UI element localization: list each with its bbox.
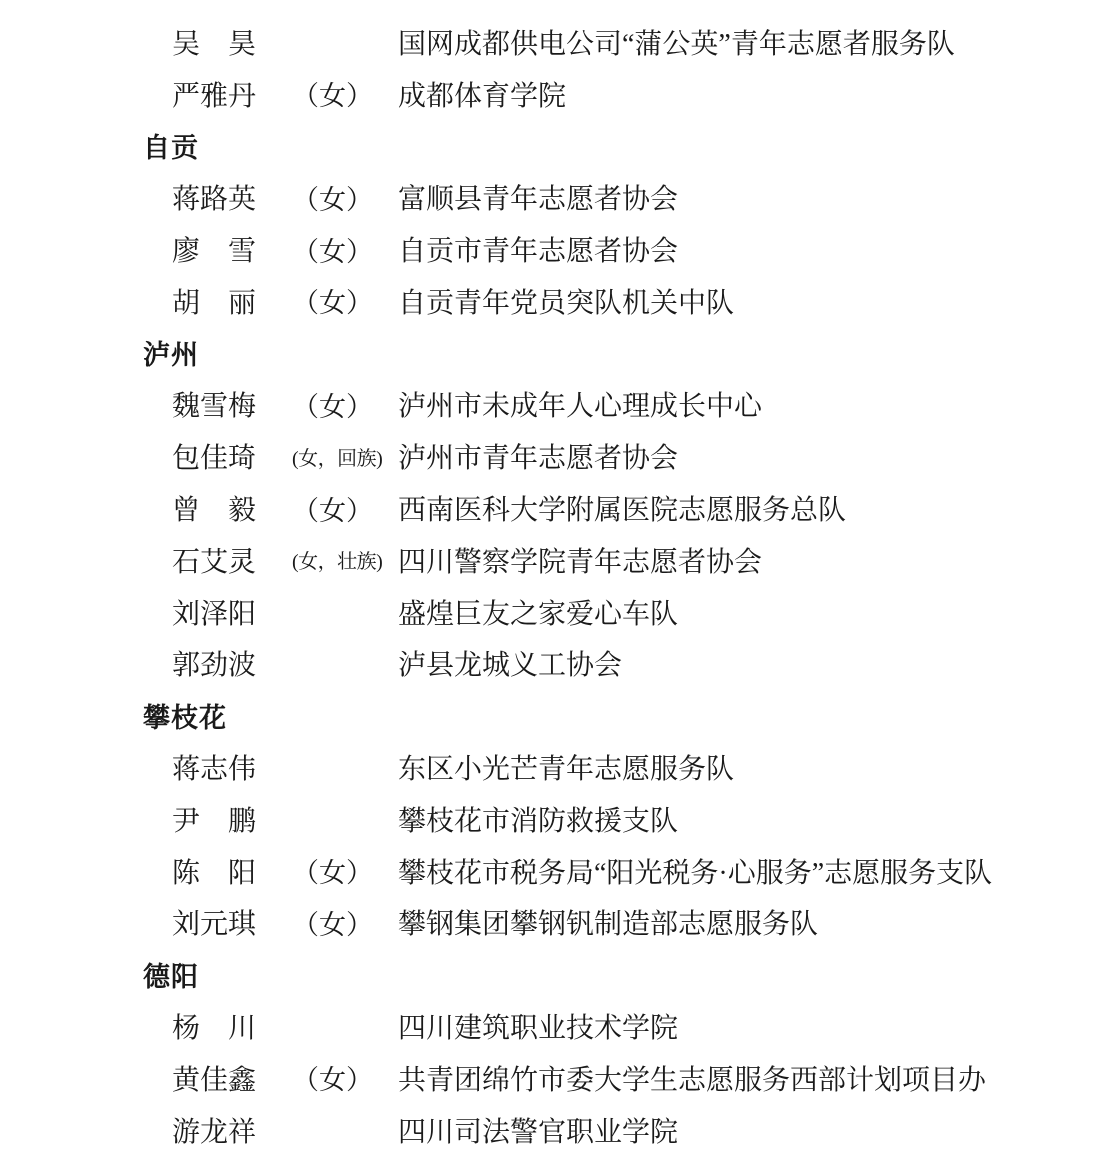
person-name: 蒋路英 <box>172 177 292 217</box>
gender-ethnicity-note: （女） <box>292 230 398 269</box>
recipient-row: 曾 毅（女）西南医科大学附属医院志愿服务总队 <box>172 482 1073 534</box>
recipient-row: 黄佳鑫（女）共青团绵竹市委大学生志愿服务西部计划项目办 <box>172 1052 1073 1104</box>
person-name: 刘元琪 <box>172 902 292 942</box>
gender-ethnicity-note: （女） <box>292 851 398 890</box>
person-name: 胡 丽 <box>172 281 292 321</box>
recipient-row: 吴 昊国网成都供电公司“蒲公英”青年志愿者服务队 <box>172 16 1073 68</box>
organization-name: 富顺县青年志愿者协会 <box>398 177 1073 217</box>
gender-ethnicity-note: （女） <box>292 74 398 113</box>
organization-name: 成都体育学院 <box>398 74 1073 114</box>
city-section-header: 攀枝花 <box>143 696 227 735</box>
recipient-row: 包佳琦(女，回族)泸州市青年志愿者协会 <box>172 430 1073 482</box>
organization-name: 泸州市青年志愿者协会 <box>398 436 1073 476</box>
recipient-row: 廖 雪（女）自贡市青年志愿者协会 <box>172 223 1073 275</box>
city-section-row: 泸州 <box>143 327 1073 379</box>
recipient-row: 游龙祥四川司法警官职业学院 <box>172 1104 1073 1156</box>
city-section-header: 自贡 <box>143 126 199 165</box>
city-section-row: 攀枝花 <box>143 689 1073 741</box>
gender-ethnicity-note: （女） <box>292 1058 398 1097</box>
recipient-row: 蒋路英（女）富顺县青年志愿者协会 <box>172 171 1073 223</box>
organization-name: 四川建筑职业技术学院 <box>398 1006 1073 1046</box>
recipient-row: 尹 鹏攀枝花市消防救援支队 <box>172 793 1073 845</box>
organization-name: 四川司法警官职业学院 <box>398 1110 1073 1150</box>
city-section-header: 德阳 <box>143 955 199 994</box>
recipient-row: 严雅丹（女）成都体育学院 <box>172 68 1073 120</box>
person-name: 石艾灵 <box>172 540 292 580</box>
recipient-row: 刘元琪（女）攀钢集团攀钢钒制造部志愿服务队 <box>172 897 1073 949</box>
recipient-row: 魏雪梅（女）泸州市未成年人心理成长中心 <box>172 379 1073 431</box>
gender-ethnicity-note: （女） <box>292 385 398 424</box>
city-section-header: 泸州 <box>143 333 199 372</box>
person-name: 郭劲波 <box>172 643 292 683</box>
gender-ethnicity-note: （女） <box>292 489 398 528</box>
person-name: 蒋志伟 <box>172 747 292 787</box>
organization-name: 攀钢集团攀钢钒制造部志愿服务队 <box>398 902 1073 942</box>
recipient-row: 石艾灵(女，壮族)四川警察学院青年志愿者协会 <box>172 534 1073 586</box>
organization-name: 共青团绵竹市委大学生志愿服务西部计划项目办 <box>398 1058 1073 1098</box>
gender-ethnicity-note: （女） <box>292 281 398 320</box>
gender-ethnicity-note: (女，回族) <box>292 442 398 471</box>
person-name: 陈 阳 <box>172 851 292 891</box>
organization-name: 泸县龙城义工协会 <box>398 643 1073 683</box>
gender-ethnicity-note: （女） <box>292 178 398 217</box>
organization-name: 四川警察学院青年志愿者协会 <box>398 540 1073 580</box>
person-name: 游龙祥 <box>172 1110 292 1150</box>
organization-name: 国网成都供电公司“蒲公英”青年志愿者服务队 <box>398 22 1073 62</box>
person-name: 尹 鹏 <box>172 799 292 839</box>
gender-ethnicity-note: (女，壮族) <box>292 545 398 574</box>
organization-name: 泸州市未成年人心理成长中心 <box>398 384 1073 424</box>
recipient-row: 郭劲波泸县龙城义工协会 <box>172 638 1073 690</box>
organization-name: 攀枝花市税务局“阳光税务·心服务”志愿服务支队 <box>398 851 1073 891</box>
organization-name: 东区小光芒青年志愿服务队 <box>398 747 1073 787</box>
recipient-row: 刘泽阳盛煌巨友之家爱心车队 <box>172 586 1073 638</box>
recipient-row: 蒋志伟东区小光芒青年志愿服务队 <box>172 741 1073 793</box>
gender-ethnicity-note: （女） <box>292 903 398 942</box>
person-name: 廖 雪 <box>172 229 292 269</box>
organization-name: 盛煌巨友之家爱心车队 <box>398 592 1073 632</box>
organization-name: 自贡市青年志愿者协会 <box>398 229 1073 269</box>
person-name: 杨 川 <box>172 1006 292 1046</box>
organization-name: 自贡青年党员突队机关中队 <box>398 281 1073 321</box>
city-section-row: 德阳 <box>143 948 1073 1000</box>
organization-name: 攀枝花市消防救援支队 <box>398 799 1073 839</box>
person-name: 严雅丹 <box>172 74 292 114</box>
organization-name: 西南医科大学附属医院志愿服务总队 <box>398 488 1073 528</box>
person-name: 吴 昊 <box>172 22 292 62</box>
person-name: 包佳琦 <box>172 436 292 476</box>
award-list-page: 吴 昊国网成都供电公司“蒲公英”青年志愿者服务队严雅丹（女）成都体育学院自贡蒋路… <box>0 0 1093 1157</box>
person-name: 曾 毅 <box>172 488 292 528</box>
recipient-row: 胡 丽（女）自贡青年党员突队机关中队 <box>172 275 1073 327</box>
person-name: 魏雪梅 <box>172 384 292 424</box>
recipient-list: 吴 昊国网成都供电公司“蒲公英”青年志愿者服务队严雅丹（女）成都体育学院自贡蒋路… <box>143 16 1073 1156</box>
person-name: 刘泽阳 <box>172 592 292 632</box>
recipient-row: 陈 阳（女）攀枝花市税务局“阳光税务·心服务”志愿服务支队 <box>172 845 1073 897</box>
person-name: 黄佳鑫 <box>172 1058 292 1098</box>
city-section-row: 自贡 <box>143 120 1073 172</box>
recipient-row: 杨 川四川建筑职业技术学院 <box>172 1000 1073 1052</box>
